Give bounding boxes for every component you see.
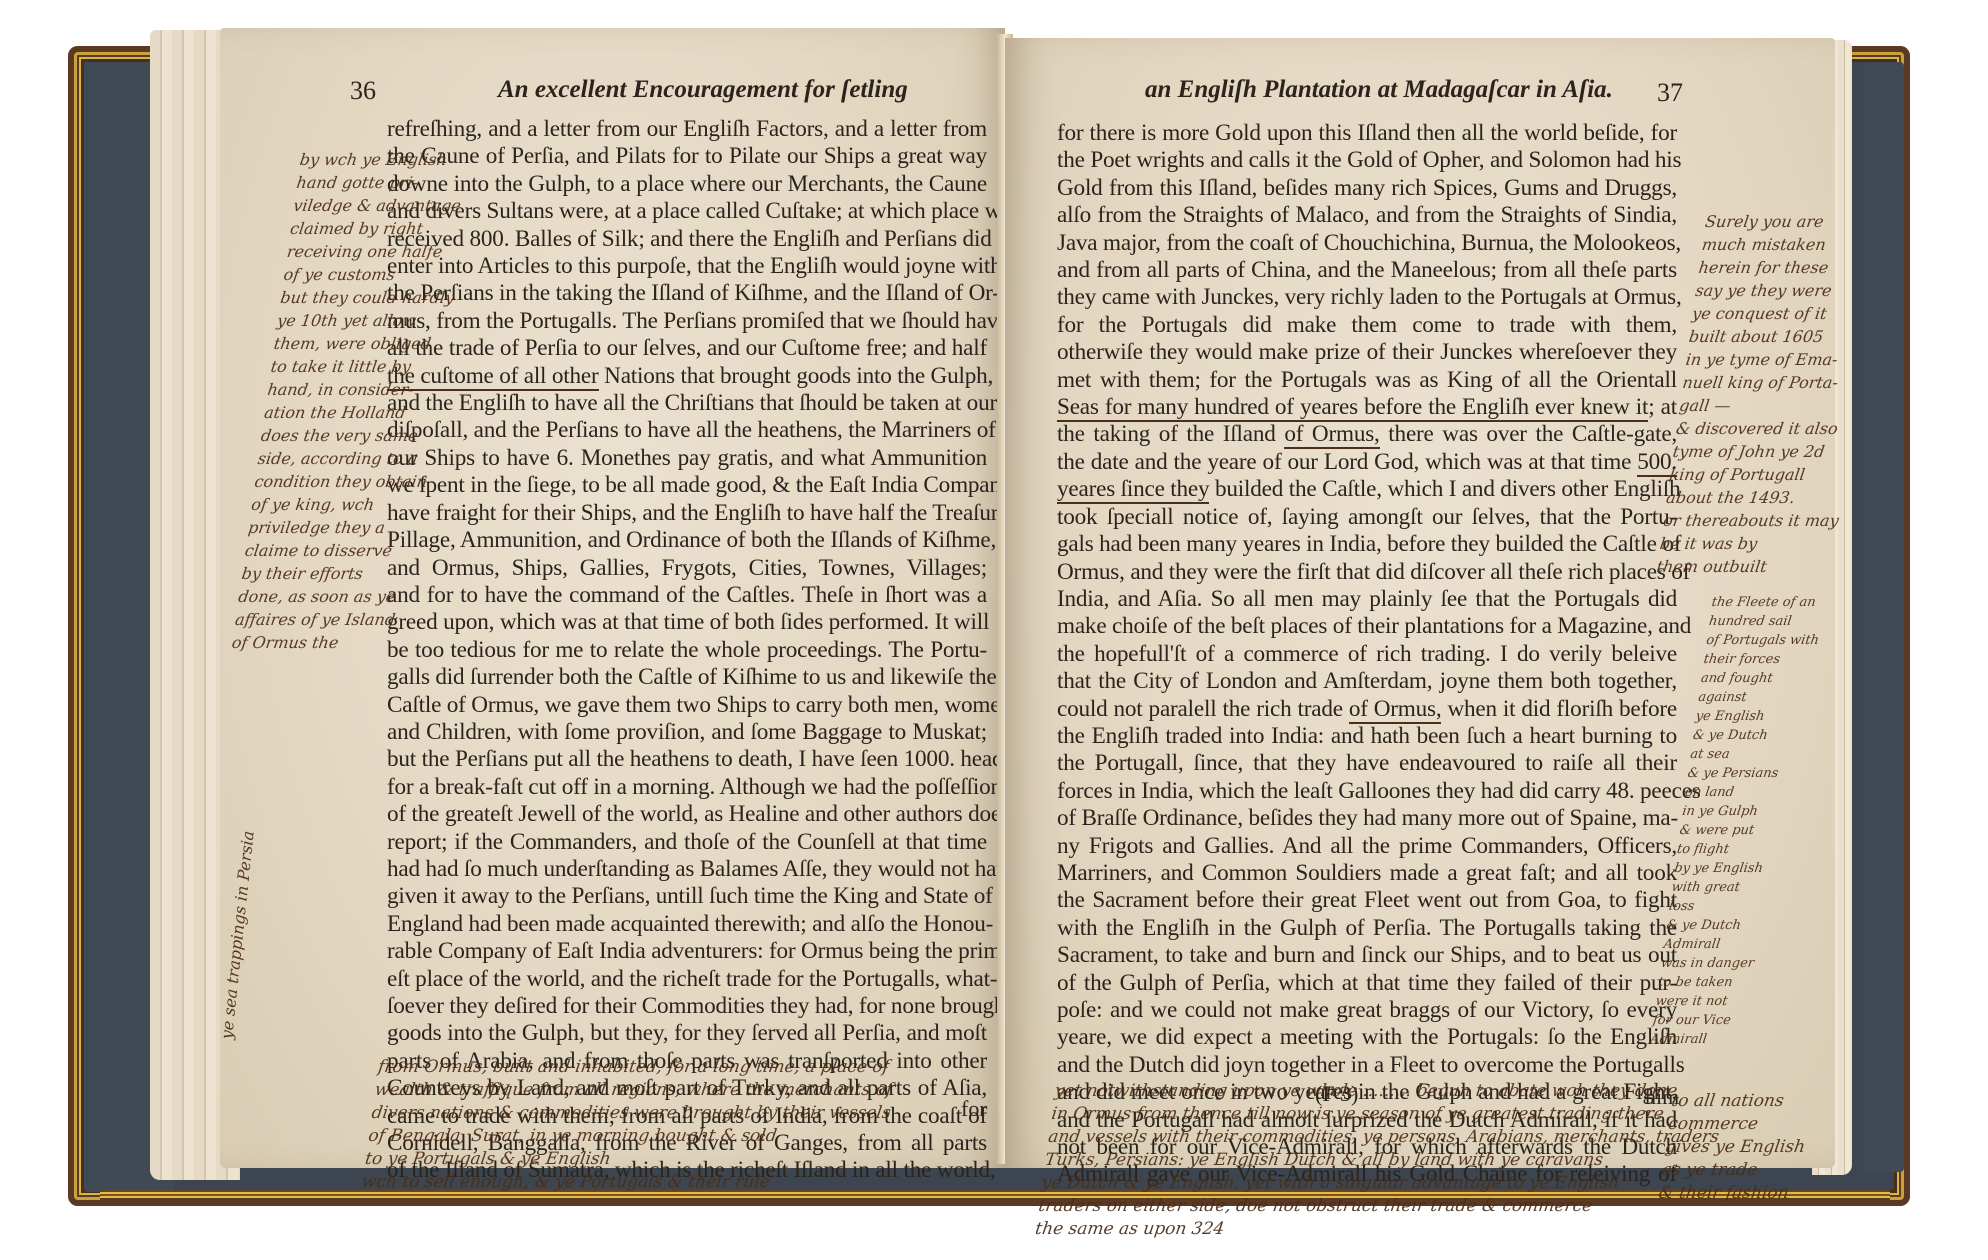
- annotation-line: yet notwithstanding upon ye whole ......…: [1053, 1080, 1727, 1103]
- annotation-line: of Bengala, Surat, in ye morning bought …: [367, 1125, 889, 1148]
- text-line: took ſpeciall notice of, ſaying amongſt …: [1057, 504, 1677, 531]
- annotation-line: by wch ye English: [298, 148, 475, 171]
- text-line: and Ormus, Ships, Gallies, Frygots, Citi…: [387, 555, 987, 582]
- annotation-line: them outbuilt: [1655, 555, 1834, 578]
- annotation-line: on land: [1684, 783, 1799, 802]
- text-line: India, and Aſia. So all men may plainly …: [1057, 586, 1677, 613]
- text-line: gals had been many yeares in India, befo…: [1057, 531, 1677, 558]
- text-line: forces in India, which the leaſt Galloon…: [1057, 778, 1677, 805]
- text-line: the Perſians in the taking the Iſland of…: [387, 280, 987, 307]
- annotation-line: of Ormus the: [230, 631, 407, 654]
- text-line: otherwiſe they would make prize of their…: [1057, 339, 1677, 366]
- text-line: and Children, with ſome proviſion, and ſ…: [387, 719, 987, 746]
- annotation-line: ye conquest of it: [1691, 302, 1870, 325]
- text-line: yeare, we did expect a meeting with the …: [1057, 1024, 1677, 1051]
- annotation-line: of Portugals with: [1705, 631, 1820, 650]
- annotation-line: against: [1697, 688, 1812, 707]
- text-line: given it away to the Perſians, untill ſu…: [387, 883, 987, 910]
- annotation-line: Admirall: [1649, 1030, 1764, 1049]
- text-line: for the Portugals did make them come to …: [1057, 312, 1677, 339]
- annotation-line: them, were obliged: [272, 332, 449, 355]
- annotation-line: ation the Holland: [263, 401, 440, 424]
- annotation-line: receiving one halfe: [285, 240, 462, 263]
- text-line: of Braſſe Ordinance, beſides they had ma…: [1057, 805, 1677, 832]
- page-number: 37: [1657, 78, 1683, 108]
- annotation-line: & their fashion: [1657, 1182, 1800, 1205]
- text-line: the Caune of Perſia, and Pilats for to P…: [387, 143, 987, 170]
- annotation-line: ye Dutch & ye English, yet with a singul…: [1040, 1172, 1714, 1195]
- running-head: An excellent Encouragement for ſetling: [498, 76, 908, 104]
- text-line: ny Frigots and Gallies. And all the prim…: [1057, 833, 1677, 860]
- annotation-line: claime to disserve: [243, 539, 420, 562]
- annotation-line: much mistaken: [1700, 233, 1879, 256]
- text-line: poſe: and we could not make great braggs…: [1057, 997, 1677, 1024]
- bottom-annotation: from Ormus, built and inhabited, for a l…: [360, 1056, 898, 1194]
- annotation-line: & ye Persians: [1686, 764, 1801, 783]
- bottom-annotation: to all nationscommercegives ye Englishas…: [1657, 1090, 1813, 1205]
- annotation-line: herein for these: [1697, 256, 1876, 279]
- text-line: for there is more Gold upon this Iſland …: [1057, 120, 1677, 147]
- annotation-line: to flight: [1676, 840, 1791, 859]
- running-head: an Engliſh Plantation at Madagaſcar in A…: [1145, 76, 1613, 104]
- annotation-line: commerce: [1667, 1113, 1810, 1136]
- text-line: greed upon, which was at that time of bo…: [387, 609, 987, 636]
- left-page: 36 An excellent Encouragement for ſetlin…: [220, 28, 1005, 1168]
- text-line: downe into the Gulph, to a place where o…: [387, 171, 987, 198]
- text-line: goods into the Gulph, but they, for they…: [387, 1020, 987, 1047]
- annotation-line: viledge & advantage: [292, 194, 469, 217]
- text-line: galls did ſurrender both the Caſtle of K…: [387, 664, 987, 691]
- annotation-line: tyme of John ye 2d: [1671, 440, 1850, 463]
- annotation-line: were it not: [1654, 992, 1769, 1011]
- text-line: and from all parts of China, and the Man…: [1057, 257, 1677, 284]
- annotation-line: of ye customs: [282, 263, 459, 286]
- text-line: have fraight for their Ships, and the En…: [387, 500, 987, 527]
- annotation-line: loss: [1668, 897, 1783, 916]
- text-line: rable Company of Eaſt India adventurers:…: [387, 938, 987, 965]
- annotation-line: to be taken: [1657, 973, 1772, 992]
- annotation-line: Surely you are: [1704, 210, 1883, 233]
- annotation-line: by their efforts: [240, 562, 417, 585]
- annotation-line: & ye Dutch: [1665, 916, 1780, 935]
- text-line: refreſhing, and a letter from our Engliſ…: [387, 116, 987, 143]
- text-line: that the City of London and Amſterdam, j…: [1057, 668, 1677, 695]
- text-line: and the Dutch did joyn together in a Fle…: [1057, 1052, 1677, 1079]
- annotation-line: & ye Dutch: [1692, 726, 1807, 745]
- text-line: Marriners, and Common Souldiers made a g…: [1057, 860, 1677, 887]
- text-line: with the Engliſh in the Gulph of Perſia.…: [1057, 915, 1677, 942]
- annotation-line: wch to sell enough, & ye Portugals & the…: [360, 1171, 882, 1194]
- text-line: Java major, from the coaſt of Chouchichi…: [1057, 230, 1677, 257]
- annotation-line: in ye Gulph: [1681, 802, 1796, 821]
- annotation-line: in Ormus from thence till now is ye seas…: [1050, 1103, 1724, 1126]
- text-line: for a break-faſt cut off in a morning. A…: [387, 774, 987, 801]
- text-line: Gold from this Iſland, beſides many rich…: [1057, 175, 1677, 202]
- text-line: our Ships to have 6. Monethes pay gratis…: [387, 445, 987, 472]
- text-line: had had ſo much underſtanding as Balames…: [387, 856, 987, 883]
- text-line: eſt place of the world, and the richeſt …: [387, 966, 987, 993]
- text-line: ſoever they deſired for their Commoditie…: [387, 993, 987, 1020]
- annotation-line: side, according to a: [256, 447, 433, 470]
- text-line: and for to have the command of the Caſtl…: [387, 582, 987, 609]
- annotation-line: as ye trade: [1660, 1159, 1803, 1182]
- text-line: make choiſe of the beſt places of their …: [1057, 613, 1677, 640]
- annotation-line: ye English: [1694, 707, 1809, 726]
- page-number: 36: [350, 76, 376, 106]
- annotation-line: be it was by: [1658, 532, 1837, 555]
- annotation-line: king of Portugall: [1668, 463, 1847, 486]
- catchword: for: [961, 1096, 987, 1122]
- body-text: refreſhing, and a letter from our Engliſ…: [387, 116, 987, 1185]
- annotation-line: wealth & traffique from all regions, whe…: [373, 1079, 895, 1102]
- text-line: Seas for many hundred of yeares before t…: [1057, 394, 1677, 421]
- annotation-line: gall —: [1678, 394, 1857, 417]
- annotation-line: by ye English: [1673, 859, 1788, 878]
- annotation-line: hand gotte pri-: [295, 171, 472, 194]
- annotation-line: at sea: [1689, 745, 1804, 764]
- annotation-line: ye 10th yet allow: [276, 309, 453, 332]
- text-line: of the Gulph of Perſia, which at that ti…: [1057, 970, 1677, 997]
- annotation-line: was in danger: [1660, 954, 1775, 973]
- text-line: received 800. Balles of Silk; and there …: [387, 226, 987, 253]
- annotation-line: claimed by right: [289, 217, 466, 240]
- annotation-line: gives ye English: [1663, 1136, 1806, 1159]
- annotation-line: or thereabouts it may: [1662, 509, 1841, 532]
- text-line: the Poet wrights and calls it the Gold o…: [1057, 147, 1677, 174]
- text-line: alſo from the Straights of Malaco, and f…: [1057, 202, 1677, 229]
- annotation-line: built about 1605: [1687, 325, 1866, 348]
- annotation-line: does the very same: [260, 424, 437, 447]
- annotation-line: priviledge they a: [247, 516, 424, 539]
- text-line: the cuſtome of all other Nations that br…: [387, 363, 987, 390]
- text-line: of the greateſt Jewell of the world, as …: [387, 801, 987, 828]
- text-line: Pillage, Ammunition, and Ordinance of bo…: [387, 527, 987, 554]
- text-line: could not paralell the rich trade of Orm…: [1057, 696, 1677, 723]
- text-line: met with them; for the Portugals was as …: [1057, 367, 1677, 394]
- annotation-line: traders on either side, doe not obstruct…: [1037, 1195, 1711, 1218]
- text-line: the taking of the Iſland of Ormus, there…: [1057, 421, 1677, 448]
- annotation-line: with great: [1670, 878, 1785, 897]
- text-line: they came with Junckes, very richly lade…: [1057, 284, 1677, 311]
- annotation-line: to all nations: [1670, 1090, 1813, 1113]
- text-line: the hopefull'ſt of a commerce of rich tr…: [1057, 641, 1677, 668]
- text-line: but the Perſians put all the heathens to…: [387, 746, 987, 773]
- annotation-line: say ye they were: [1694, 279, 1873, 302]
- text-line: enter into Articles to this purpoſe, tha…: [387, 253, 987, 280]
- annotation-line: in ye tyme of Ema-: [1684, 348, 1863, 371]
- text-line: be too tedious for me to relate the whol…: [387, 637, 987, 664]
- text-line: mus, from the Portugalls. The Perſians p…: [387, 308, 987, 335]
- text-line: the Portugall, ſince, that they have end…: [1057, 750, 1677, 777]
- text-line: England had been made acquainted therewi…: [387, 911, 987, 938]
- annotation-line: to ye Portugals & ye English: [364, 1148, 886, 1171]
- annotation-line: the same as upon 324: [1034, 1218, 1708, 1241]
- annotation-line: to take it little by: [269, 355, 446, 378]
- annotation-line: & were put: [1678, 821, 1793, 840]
- text-line: Sacrament, to take and burn and ſinck ou…: [1057, 942, 1677, 969]
- text-line: and the Engliſh to have all the Chriſtia…: [387, 390, 987, 417]
- annotation-line: hundred sail: [1708, 612, 1823, 631]
- annotation-line: affaires of ye Island: [234, 608, 411, 631]
- text-line: all the trade of Perſia to our ſelves, a…: [387, 335, 987, 362]
- annotation-line: but they could hardly: [279, 286, 456, 309]
- annotation-line: of ye king, wch: [250, 493, 427, 516]
- annotation-line: Admirall: [1662, 935, 1777, 954]
- text-line: the date and the yeare of our Lord God, …: [1057, 449, 1677, 476]
- annotation-line: for our Vice: [1652, 1011, 1767, 1030]
- annotation-line: and fought: [1700, 669, 1815, 688]
- annotation-line: about the 1493.: [1665, 486, 1844, 509]
- annotation-line: condition they obtain: [253, 470, 430, 493]
- annotation-line: the Fleete of an: [1710, 593, 1825, 612]
- annotation-line: and vessels with their commodities, ye p…: [1047, 1126, 1721, 1149]
- text-line: diſpoſall, and the Perſians to have all …: [387, 417, 987, 444]
- text-line: Ormus, and they were the firſt that did …: [1057, 559, 1677, 586]
- right-page: an Engliſh Plantation at Madagaſcar in A…: [1005, 38, 1835, 1168]
- text-line: and divers Sultans were, at a place call…: [387, 198, 987, 225]
- annotation-line: from Ormus, built and inhabited, for a l…: [376, 1056, 898, 1079]
- bottom-annotation: yet notwithstanding upon ye whole ......…: [1034, 1080, 1727, 1241]
- text-line: the Sacrament before their great Fleet w…: [1057, 887, 1677, 914]
- annotation-line: done, as soon as ye: [237, 585, 414, 608]
- text-line: Caſtle of Ormus, we gave them two Ships …: [387, 692, 987, 719]
- text-line: the Engliſh traded into India: and hath …: [1057, 723, 1677, 750]
- text-line: yeares ſince they builded the Caſtle, wh…: [1057, 476, 1677, 503]
- annotation-line: nuell king of Porta-: [1681, 371, 1860, 394]
- annotation-line: hand, in consider-: [266, 378, 443, 401]
- annotation-line: their forces: [1702, 650, 1817, 669]
- text-line: we ſpent in the ſiege, to be all made go…: [387, 472, 987, 499]
- annotation-line: Turks, Persians: ye English Dutch & all …: [1043, 1149, 1717, 1172]
- vertical-annotation: ye sea trappings in Persia: [215, 830, 260, 1041]
- body-text: for there is more Gold upon this Iſland …: [1057, 120, 1677, 1189]
- annotation-line: divers nations & commodities were brough…: [370, 1102, 892, 1125]
- annotation-line: & discovered it also: [1675, 417, 1854, 440]
- text-line: report; if the Commanders, and thoſe of …: [387, 829, 987, 856]
